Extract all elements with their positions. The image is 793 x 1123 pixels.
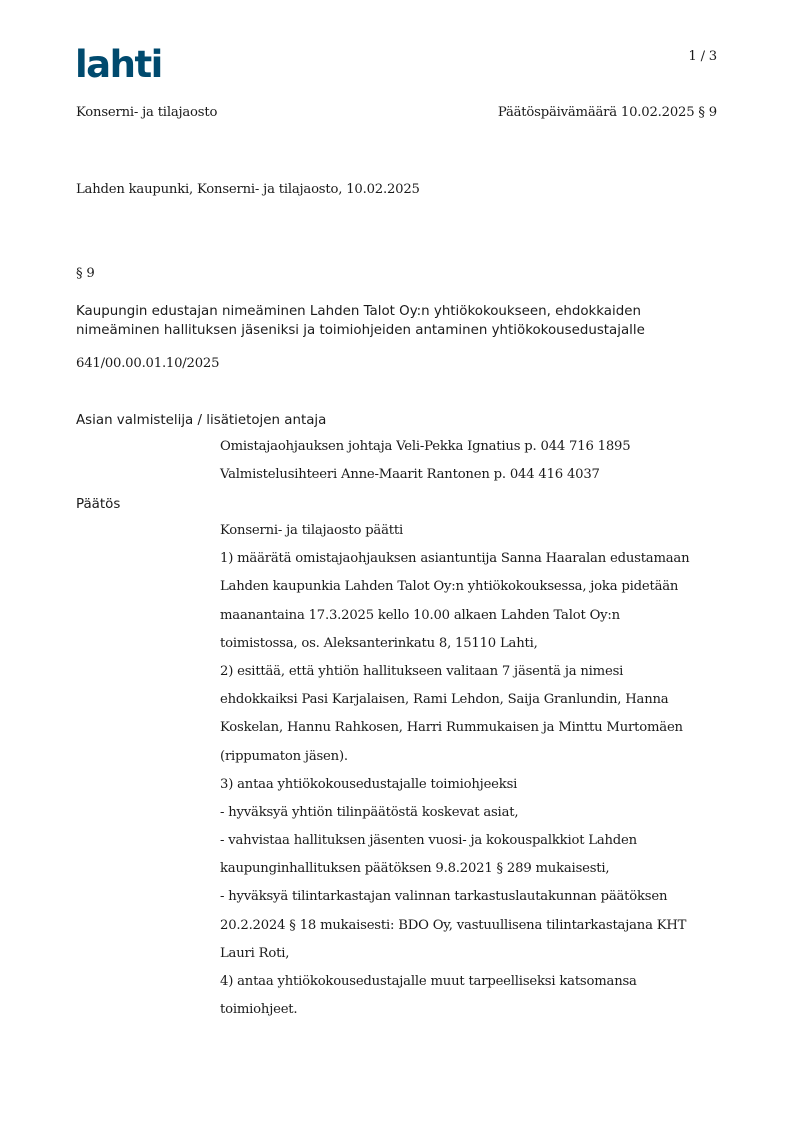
decision-label: Päätös: [76, 497, 120, 512]
meeting-line: Lahden kaupunki, Konserni- ja tilajaosto…: [76, 182, 420, 197]
decision-line: Lauri Roti,: [220, 944, 720, 972]
document-title: Kaupungin edustajan nimeäminen Lahden Ta…: [76, 302, 716, 340]
decision-line: kaupunginhallituksen päätöksen 9.8.2021 …: [220, 859, 720, 887]
decision-line: Konserni- ja tilajaosto päätti: [220, 521, 720, 549]
decision-line: - hyväksyä yhtiön tilinpäätöstä koskevat…: [220, 803, 720, 831]
contact-line: Omistajaohjauksen johtaja Veli-Pekka Ign…: [220, 439, 630, 454]
decision-line: 20.2.2024 § 18 mukaisesti: BDO Oy, vastu…: [220, 916, 720, 944]
decision-line: 4) antaa yhtiökokousedustajalle muut tar…: [220, 972, 720, 1000]
decision-line: 3) antaa yhtiökokousedustajalle toimiohj…: [220, 775, 720, 803]
decision-date: Päätöspäivämäärä 10.02.2025 § 9: [498, 105, 717, 120]
contact-line: Valmistelusihteeri Anne-Maarit Rantonen …: [220, 467, 600, 482]
decision-body: Konserni- ja tilajaosto päätti 1) määrät…: [220, 521, 720, 1028]
decision-line: Koskelan, Hannu Rahkosen, Harri Rummukai…: [220, 718, 720, 746]
preparer-label: Asian valmistelija / lisätietojen antaja: [76, 413, 326, 428]
decision-line: toimistossa, os. Aleksanterinkatu 8, 151…: [220, 634, 720, 662]
decision-line: - vahvistaa hallituksen jäsenten vuosi- …: [220, 831, 720, 859]
decision-line: ehdokkaiksi Pasi Karjalaisen, Rami Lehdo…: [220, 690, 720, 718]
committee-name: Konserni- ja tilajaosto: [76, 105, 217, 120]
page-number: 1 / 3: [688, 49, 717, 64]
decision-line: 2) esittää, että yhtiön hallitukseen val…: [220, 662, 720, 690]
decision-line: - hyväksyä tilintarkastajan valinnan tar…: [220, 887, 720, 915]
lahti-logo: lahti: [75, 46, 162, 83]
decision-line: maanantaina 17.3.2025 kello 10.00 alkaen…: [220, 606, 720, 634]
decision-line: Lahden kaupunkia Lahden Talot Oy:n yhtiö…: [220, 577, 720, 605]
decision-line: (rippumaton jäsen).: [220, 747, 720, 775]
document-number: 641/00.00.01.10/2025: [76, 356, 219, 371]
section-number: § 9: [76, 266, 95, 281]
decision-line: 1) määrätä omistajaohjauksen asiantuntij…: [220, 549, 720, 577]
decision-line: toimiohjeet.: [220, 1000, 720, 1028]
